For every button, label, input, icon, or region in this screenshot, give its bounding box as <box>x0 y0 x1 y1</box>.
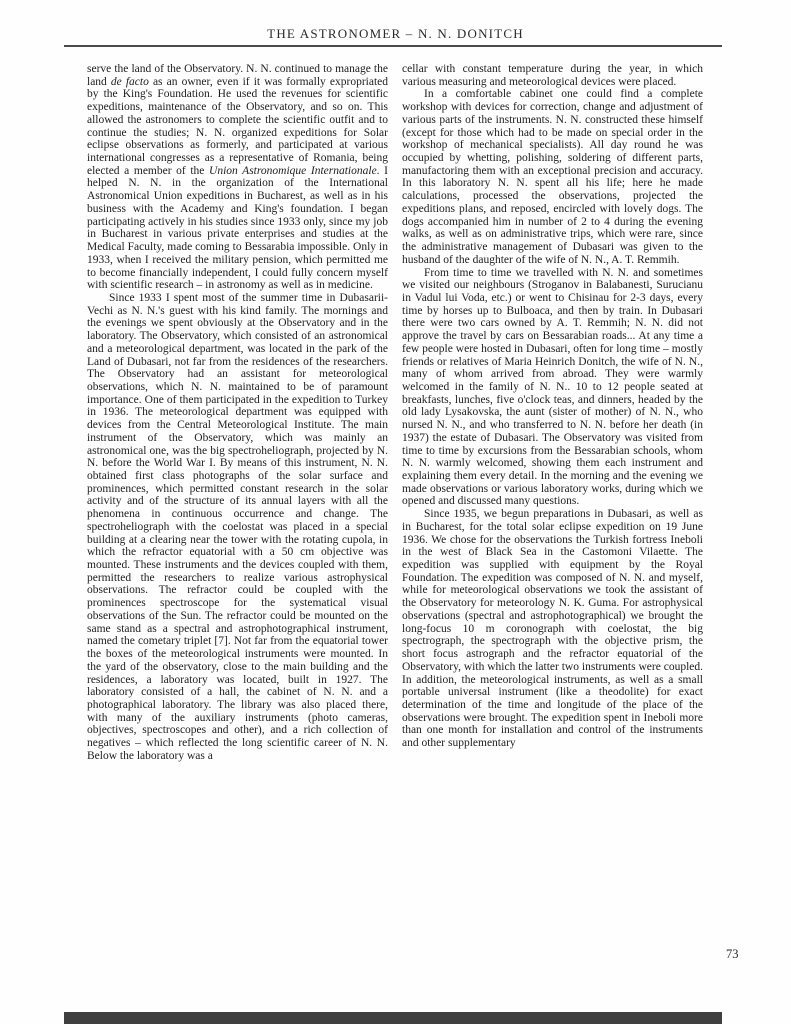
running-header: THE ASTRONOMER – N. N. DONITCH <box>0 26 791 42</box>
body-text: In a comfortable cabinet one could find … <box>402 88 703 265</box>
page-number: 73 <box>726 947 739 962</box>
body-text: Since 1933 I spent most of the summer ti… <box>87 292 388 762</box>
italic-text: de facto <box>111 76 149 88</box>
paragraph: Since 1935, we begun preparations in Dub… <box>402 508 703 750</box>
paragraph: In a comfortable cabinet one could find … <box>402 88 703 266</box>
body-text: cellar with constant temperature during … <box>402 63 703 88</box>
header-rule <box>64 45 722 47</box>
left-column: serve the land of the Observatory. N. N.… <box>87 63 388 763</box>
body-text: as an owner, even if it was formally exp… <box>87 76 388 177</box>
body-text: . I helped N. N. in the organization of … <box>87 165 388 291</box>
paragraph: From time to time we travelled with N. N… <box>402 267 703 509</box>
italic-text: Union Astronomique Internationale <box>209 165 377 177</box>
paragraph: serve the land of the Observatory. N. N.… <box>87 63 388 292</box>
body-text: From time to time we travelled with N. N… <box>402 267 703 508</box>
body-text: Since 1935, we begun preparations in Dub… <box>402 508 703 749</box>
text-body: serve the land of the Observatory. N. N.… <box>87 63 703 763</box>
paragraph: Since 1933 I spent most of the summer ti… <box>87 292 388 763</box>
bottom-scan-bar <box>64 1012 722 1024</box>
paragraph: cellar with constant temperature during … <box>402 63 703 88</box>
document-page: THE ASTRONOMER – N. N. DONITCH serve the… <box>0 0 791 1024</box>
right-column: cellar with constant temperature during … <box>402 63 703 763</box>
